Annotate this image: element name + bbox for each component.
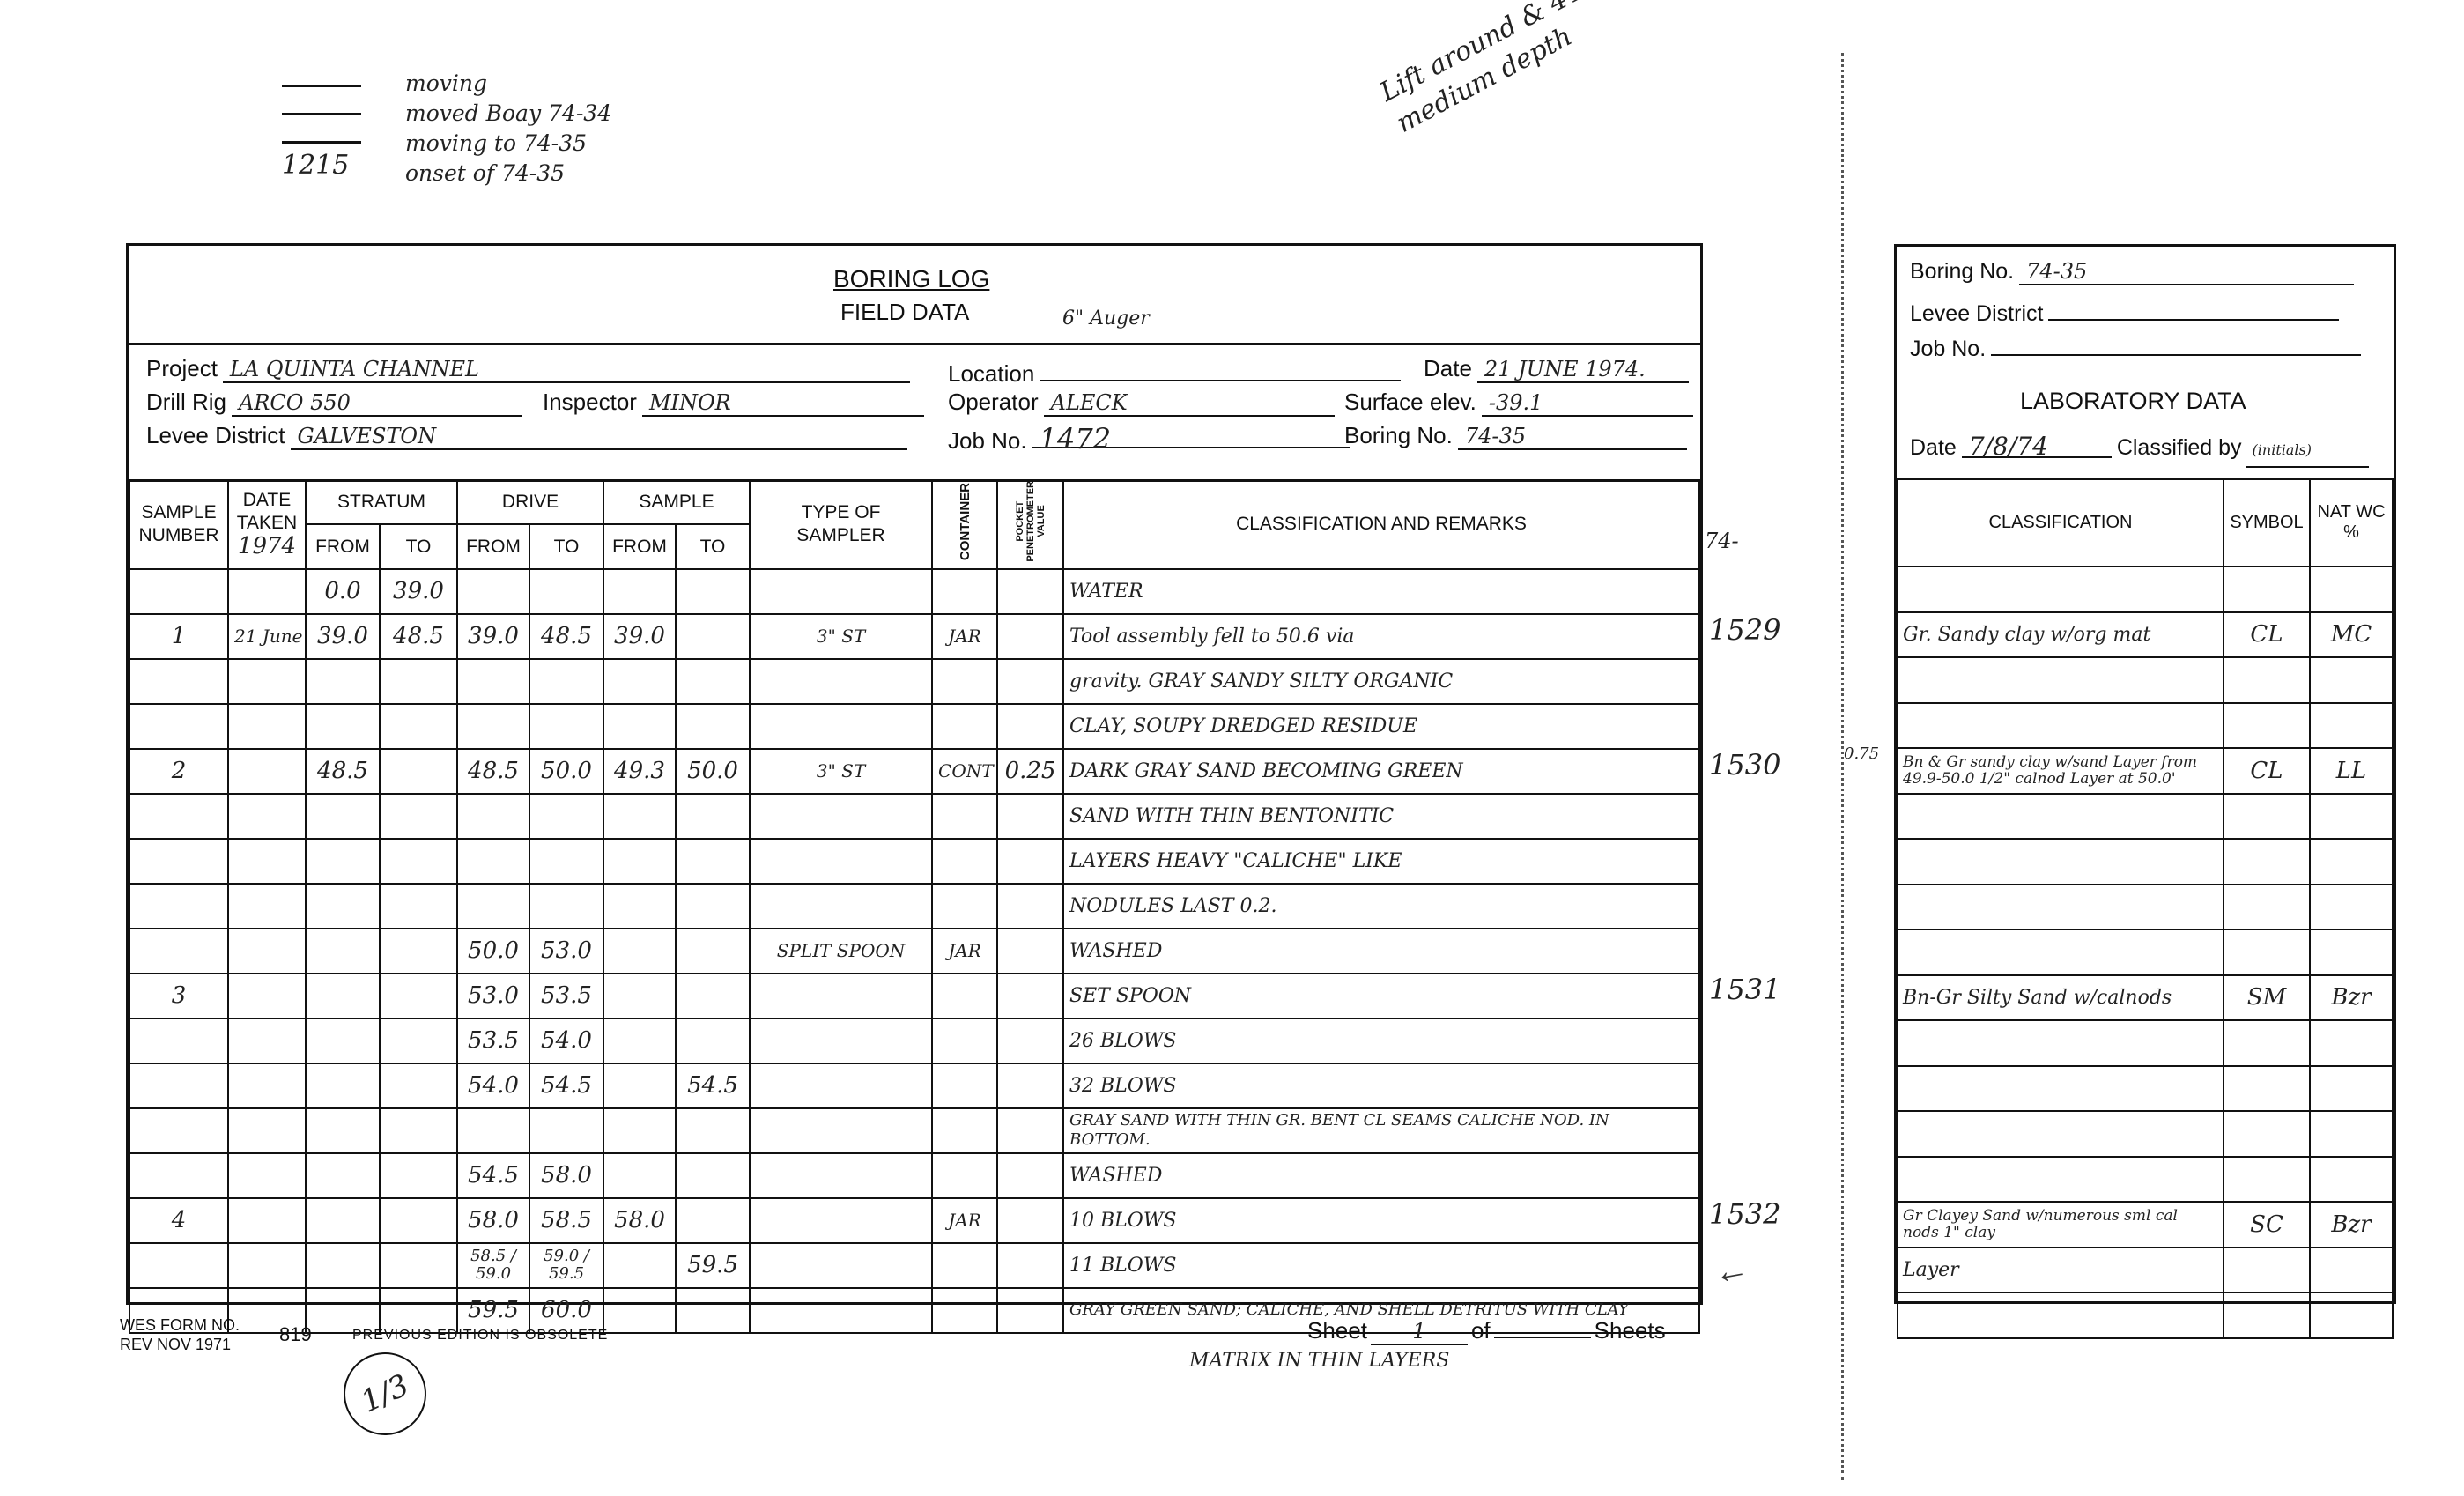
operator-label: Operator — [948, 389, 1039, 416]
continued-remark: MATRIX IN THIN LAYERS — [1189, 1350, 1449, 1372]
drive-to[interactable] — [529, 884, 603, 929]
sampler-type[interactable] — [750, 1108, 932, 1153]
inspector-field[interactable]: MINOR — [642, 390, 924, 417]
date-taken[interactable] — [228, 1153, 306, 1198]
table-row: 58.5 / 59.059.0 / 59.559.511 BLOWS — [129, 1243, 1699, 1288]
drive-to[interactable] — [529, 1108, 603, 1153]
drive-from[interactable] — [457, 1108, 529, 1153]
drive-to[interactable] — [529, 569, 603, 614]
lab-nat-wc[interactable] — [2310, 929, 2393, 975]
sample-to[interactable] — [676, 704, 750, 749]
drive-to[interactable] — [529, 794, 603, 839]
date-field[interactable]: 21 JUNE 1974. — [1477, 357, 1689, 383]
lab-nat-wc[interactable] — [2310, 1020, 2393, 1066]
sampler-type[interactable]: 3" ST — [750, 614, 932, 659]
sample-from[interactable] — [603, 884, 676, 929]
lab-nat-wc[interactable] — [2310, 1292, 2393, 1338]
date-taken[interactable] — [228, 1198, 306, 1243]
sample-from[interactable] — [603, 1153, 676, 1198]
job-no-field[interactable]: 1472 — [1032, 422, 1350, 448]
container[interactable] — [932, 794, 997, 839]
sample-number[interactable] — [129, 1108, 228, 1153]
sample-from[interactable] — [603, 1243, 676, 1288]
classification-remarks[interactable]: 11 BLOWS — [1063, 1243, 1699, 1288]
drive-to[interactable]: 54.5 — [529, 1063, 603, 1108]
stratum-from[interactable] — [306, 659, 380, 704]
sample-to[interactable]: 50.0 — [676, 749, 750, 794]
pocket-penetrometer[interactable] — [997, 1198, 1063, 1243]
sample-number[interactable] — [129, 839, 228, 884]
sampler-type[interactable]: SPLIT SPOON — [750, 929, 932, 974]
stratum-to[interactable] — [380, 929, 457, 974]
stratum-from[interactable] — [306, 1243, 380, 1288]
lab-symbol[interactable] — [2224, 1292, 2310, 1338]
sampler-type[interactable] — [750, 1243, 932, 1288]
drive-from[interactable]: 59.5 — [457, 1288, 529, 1333]
container[interactable] — [932, 704, 997, 749]
sample-to[interactable] — [676, 974, 750, 1018]
stratum-to[interactable] — [380, 1108, 457, 1153]
stratum-from[interactable] — [306, 929, 380, 974]
lab-symbol[interactable] — [2224, 1066, 2310, 1112]
lab-symbol[interactable]: CL — [2224, 612, 2310, 658]
lab-classification[interactable] — [1898, 839, 2224, 885]
sample-number[interactable] — [129, 659, 228, 704]
pocket-penetrometer[interactable] — [997, 1108, 1063, 1153]
sample-number[interactable] — [129, 1243, 228, 1288]
container[interactable] — [932, 659, 997, 704]
pocket-penetrometer[interactable] — [997, 974, 1063, 1018]
container[interactable]: JAR — [932, 614, 997, 659]
classification-remarks[interactable]: DARK GRAY SAND BECOMING GREEN — [1063, 749, 1699, 794]
date-taken[interactable] — [228, 929, 306, 974]
lab-symbol[interactable]: CL — [2224, 748, 2310, 794]
lab-symbol[interactable] — [2224, 1111, 2310, 1157]
stratum-to[interactable] — [380, 659, 457, 704]
stratum-from[interactable] — [306, 1288, 380, 1333]
margin-mark: 74- — [1705, 529, 1739, 553]
sample-number[interactable]: 1 — [129, 614, 228, 659]
container[interactable] — [932, 1288, 997, 1333]
lab-classification[interactable] — [1898, 929, 2224, 975]
sample-to[interactable] — [676, 659, 750, 704]
stratum-to[interactable] — [380, 1243, 457, 1288]
date-taken[interactable] — [228, 569, 306, 614]
lab-symbol[interactable] — [2224, 929, 2310, 975]
lab-nat-wc[interactable] — [2310, 657, 2393, 703]
stratum-from[interactable] — [306, 884, 380, 929]
lab-classification[interactable] — [1898, 1020, 2224, 1066]
stratum-to[interactable] — [380, 1288, 457, 1333]
lab-classification[interactable]: Bn-Gr Silty Sand w/calnods — [1898, 975, 2224, 1021]
stratum-to[interactable]: 48.5 — [380, 614, 457, 659]
pocket-penetrometer[interactable] — [997, 1153, 1063, 1198]
lab-classification[interactable]: Gr. Sandy clay w/org mat — [1898, 612, 2224, 658]
sampler-type[interactable] — [750, 1288, 932, 1333]
drive-to[interactable]: 58.5 — [529, 1198, 603, 1243]
lab-classification[interactable]: Gr Clayey Sand w/numerous sml cal nods 1… — [1898, 1202, 2224, 1248]
container[interactable]: CONT — [932, 749, 997, 794]
lab-classification[interactable] — [1898, 657, 2224, 703]
lab-date-field[interactable]: 7/8/74 — [1962, 432, 2112, 458]
sample-to[interactable] — [676, 839, 750, 884]
sampler-type[interactable] — [750, 569, 932, 614]
lab-nat-wc[interactable] — [2310, 703, 2393, 749]
of-field[interactable] — [1494, 1337, 1591, 1338]
stratum-to[interactable] — [380, 974, 457, 1018]
sample-number[interactable] — [129, 929, 228, 974]
sample-from[interactable]: 39.0 — [603, 614, 676, 659]
lab-nat-wc[interactable]: Bzr — [2310, 1202, 2393, 1248]
drive-to[interactable]: 50.0 — [529, 749, 603, 794]
classification-remarks[interactable]: WASHED — [1063, 1153, 1699, 1198]
sample-to[interactable] — [676, 1018, 750, 1063]
sampler-type[interactable] — [750, 1063, 932, 1108]
sampler-type[interactable] — [750, 704, 932, 749]
lab-nat-wc[interactable] — [2310, 1066, 2393, 1112]
date-taken[interactable] — [228, 749, 306, 794]
date-taken[interactable] — [228, 659, 306, 704]
container[interactable] — [932, 1243, 997, 1288]
pocket-penetrometer[interactable] — [997, 1243, 1063, 1288]
date-taken[interactable]: 21 June — [228, 614, 306, 659]
stratum-from[interactable] — [306, 704, 380, 749]
date-taken[interactable] — [228, 1108, 306, 1153]
drive-from[interactable]: 50.0 — [457, 929, 529, 974]
sampler-type[interactable] — [750, 1153, 932, 1198]
sample-number[interactable] — [129, 794, 228, 839]
classification-remarks[interactable]: 26 BLOWS — [1063, 1018, 1699, 1063]
classification-remarks[interactable]: GRAY SAND WITH THIN GR. BENT CL SEAMS CA… — [1063, 1108, 1699, 1153]
table-row: 458.058.558.0JAR10 BLOWS — [129, 1198, 1699, 1243]
stratum-to[interactable]: 39.0 — [380, 569, 457, 614]
lab-job-no-field[interactable] — [1991, 330, 2361, 356]
boring-no-field[interactable]: 74-35 — [1458, 424, 1687, 450]
sample-from[interactable] — [603, 974, 676, 1018]
sample-number[interactable]: 3 — [129, 974, 228, 1018]
location-field[interactable] — [1040, 355, 1401, 381]
col-date-taken: DATE TAKEN 1974 — [228, 480, 306, 569]
pocket-penetrometer[interactable] — [997, 1018, 1063, 1063]
stratum-from[interactable] — [306, 1108, 380, 1153]
drive-to[interactable]: 53.0 — [529, 929, 603, 974]
sample-to[interactable] — [676, 884, 750, 929]
stratum-from[interactable] — [306, 1198, 380, 1243]
sample-from[interactable]: 58.0 — [603, 1198, 676, 1243]
sample-to[interactable]: 54.5 — [676, 1063, 750, 1108]
date-taken[interactable] — [228, 974, 306, 1018]
stratum-to[interactable] — [380, 1018, 457, 1063]
lab-classification[interactable] — [1898, 703, 2224, 749]
pocket-penetrometer[interactable] — [997, 659, 1063, 704]
pocket-penetrometer[interactable] — [997, 794, 1063, 839]
sampler-type[interactable] — [750, 884, 932, 929]
container[interactable] — [932, 884, 997, 929]
levee-district-label: Levee District — [146, 422, 285, 449]
lab-levee-district-field[interactable] — [2048, 294, 2339, 321]
margin-lab-number: 1532 — [1709, 1197, 1780, 1231]
date-taken[interactable] — [228, 1018, 306, 1063]
drive-from[interactable] — [457, 659, 529, 704]
sample-number[interactable] — [129, 1018, 228, 1063]
lab-nat-wc[interactable] — [2310, 794, 2393, 840]
container[interactable]: JAR — [932, 1198, 997, 1243]
stratum-to[interactable] — [380, 1153, 457, 1198]
lab-table-row — [1898, 1066, 2393, 1112]
pocket-penetrometer[interactable] — [997, 1063, 1063, 1108]
sample-from[interactable] — [603, 1288, 676, 1333]
stratum-to[interactable] — [380, 1063, 457, 1108]
operator-field[interactable]: ALECK — [1044, 390, 1335, 417]
pocket-penetrometer[interactable] — [997, 839, 1063, 884]
container[interactable] — [932, 1153, 997, 1198]
job-no-label: Job No. — [948, 427, 1027, 455]
pocket-penetrometer[interactable] — [997, 929, 1063, 974]
lab-symbol[interactable] — [2224, 794, 2310, 840]
pocket-penetrometer[interactable] — [997, 884, 1063, 929]
form-rev: REV NOV 1971 — [120, 1335, 240, 1354]
lab-boring-no-field[interactable]: 74-35 — [2019, 259, 2354, 285]
sampler-type[interactable] — [750, 794, 932, 839]
stratum-from[interactable] — [306, 1018, 380, 1063]
drive-from[interactable] — [457, 704, 529, 749]
date-taken[interactable] — [228, 839, 306, 884]
sampler-type[interactable] — [750, 974, 932, 1018]
container[interactable] — [932, 1018, 997, 1063]
pocket-penetrometer[interactable]: 0.25 — [997, 749, 1063, 794]
col-pocket-penetrometer: POCKET PENETROMETER VALUE — [997, 480, 1063, 569]
date-taken[interactable] — [228, 1063, 306, 1108]
classified-by-signature[interactable]: (initials) — [2246, 441, 2369, 468]
sample-to[interactable] — [676, 1108, 750, 1153]
sample-from[interactable] — [603, 704, 676, 749]
stratum-from[interactable]: 0.0 — [306, 569, 380, 614]
sample-number[interactable] — [129, 1153, 228, 1198]
lab-table-row — [1898, 929, 2393, 975]
pocket-penetrometer[interactable] — [997, 569, 1063, 614]
sample-from[interactable] — [603, 1108, 676, 1153]
sample-number[interactable] — [129, 1063, 228, 1108]
drive-from[interactable]: 54.5 — [457, 1153, 529, 1198]
sample-from[interactable] — [603, 659, 676, 704]
lab-nat-wc[interactable] — [2310, 567, 2393, 612]
pocket-penetrometer[interactable] — [997, 704, 1063, 749]
surface-elev-field[interactable]: -39.1 — [1482, 390, 1693, 417]
drive-to[interactable]: 59.0 / 59.5 — [529, 1243, 603, 1288]
date-taken[interactable] — [228, 1243, 306, 1288]
drive-from[interactable]: 48.5 — [457, 749, 529, 794]
container[interactable] — [932, 974, 997, 1018]
drive-to[interactable]: 54.0 — [529, 1018, 603, 1063]
lab-nat-wc[interactable]: LL — [2310, 748, 2393, 794]
drive-to[interactable] — [529, 659, 603, 704]
lab-symbol[interactable]: SC — [2224, 1202, 2310, 1248]
lab-nat-wc[interactable] — [2310, 885, 2393, 930]
lab-nat-wc[interactable] — [2310, 839, 2393, 885]
sample-to[interactable] — [676, 929, 750, 974]
lab-classification[interactable] — [1898, 1066, 2224, 1112]
drive-to[interactable]: 60.0 — [529, 1288, 603, 1333]
sample-number[interactable] — [129, 569, 228, 614]
table-row: LAYERS HEAVY "CALICHE" LIKE — [129, 839, 1699, 884]
classification-remarks[interactable]: SET SPOON — [1063, 974, 1699, 1018]
sample-from[interactable]: 49.3 — [603, 749, 676, 794]
drive-to[interactable]: 48.5 — [529, 614, 603, 659]
classification-remarks[interactable]: WATER — [1063, 569, 1699, 614]
stratum-to[interactable] — [380, 839, 457, 884]
sample-to[interactable]: 59.5 — [676, 1243, 750, 1288]
drive-from[interactable] — [457, 839, 529, 884]
stratum-to[interactable] — [380, 749, 457, 794]
sample-from[interactable] — [603, 1063, 676, 1108]
lab-classification[interactable] — [1898, 1157, 2224, 1203]
sampler-type[interactable] — [750, 1198, 932, 1243]
container[interactable] — [932, 1063, 997, 1108]
lab-symbol[interactable] — [2224, 567, 2310, 612]
sample-to[interactable] — [676, 614, 750, 659]
lab-symbol[interactable]: SM — [2224, 975, 2310, 1021]
sample-to[interactable] — [676, 1153, 750, 1198]
lab-classification[interactable]: Bn & Gr sandy clay w/sand Layer from 49.… — [1898, 748, 2224, 794]
stratum-from[interactable]: 39.0 — [306, 614, 380, 659]
container[interactable] — [932, 569, 997, 614]
stratum-from[interactable] — [306, 839, 380, 884]
table-row: CLAY, SOUPY DREDGED RESIDUE — [129, 704, 1699, 749]
classification-remarks[interactable]: 32 BLOWS — [1063, 1063, 1699, 1108]
sample-from[interactable] — [603, 839, 676, 884]
pocket-penetrometer[interactable] — [997, 614, 1063, 659]
stratum-from[interactable] — [306, 1063, 380, 1108]
lab-nat-wc[interactable] — [2310, 1157, 2393, 1203]
classification-remarks[interactable]: WASHED — [1063, 929, 1699, 974]
drive-to[interactable]: 58.0 — [529, 1153, 603, 1198]
auger-note: 6" Auger — [1062, 307, 1150, 330]
classification-remarks[interactable]: 10 BLOWS — [1063, 1198, 1699, 1243]
sample-from[interactable] — [603, 794, 676, 839]
sample-number[interactable]: 2 — [129, 749, 228, 794]
sample-number[interactable] — [129, 884, 228, 929]
stratum-from[interactable] — [306, 974, 380, 1018]
lab-classification[interactable] — [1898, 1111, 2224, 1157]
sample-from[interactable] — [603, 1018, 676, 1063]
sample-number[interactable]: 4 — [129, 1198, 228, 1243]
container[interactable] — [932, 1108, 997, 1153]
stratum-to[interactable] — [380, 704, 457, 749]
stratum-from[interactable]: 48.5 — [306, 749, 380, 794]
lab-nat-wc[interactable] — [2310, 1111, 2393, 1157]
date-taken[interactable] — [228, 794, 306, 839]
stratum-to[interactable] — [380, 1198, 457, 1243]
table-row: GRAY SAND WITH THIN GR. BENT CL SEAMS CA… — [129, 1108, 1699, 1153]
lab-classification[interactable] — [1898, 1292, 2224, 1338]
classification-remarks[interactable]: gravity. GRAY SANDY SILTY ORGANIC — [1063, 659, 1699, 704]
sheet-field[interactable]: 1 — [1371, 1319, 1468, 1345]
drive-from[interactable]: 39.0 — [457, 614, 529, 659]
lab-table-row: Gr Clayey Sand w/numerous sml cal nods 1… — [1898, 1202, 2393, 1248]
classification-remarks[interactable]: SAND WITH THIN BENTONITIC — [1063, 794, 1699, 839]
classification-remarks[interactable]: NODULES LAST 0.2. — [1063, 884, 1699, 929]
pocket-penetrometer[interactable] — [997, 1288, 1063, 1333]
lab-symbol[interactable] — [2224, 1248, 2310, 1293]
container[interactable]: JAR — [932, 929, 997, 974]
lab-symbol[interactable] — [2224, 703, 2310, 749]
lab-symbol[interactable] — [2224, 1020, 2310, 1066]
lab-header: Boring No. 74-35 Levee District Job No. … — [1897, 247, 2394, 480]
drive-from[interactable] — [457, 794, 529, 839]
sample-number[interactable] — [129, 704, 228, 749]
sampler-type[interactable] — [750, 1018, 932, 1063]
drive-from[interactable]: 53.5 — [457, 1018, 529, 1063]
lab-table-row — [1898, 1020, 2393, 1066]
stratum-from[interactable] — [306, 1153, 380, 1198]
classification-remarks[interactable]: CLAY, SOUPY DREDGED RESIDUE — [1063, 704, 1699, 749]
date-taken[interactable] — [228, 704, 306, 749]
lab-nat-wc[interactable]: MC — [2310, 612, 2393, 658]
levee-district-field[interactable]: GALVESTON — [291, 424, 907, 450]
lab-classification[interactable]: Layer — [1898, 1248, 2224, 1293]
drive-to[interactable] — [529, 704, 603, 749]
project-info: Project LA QUINTA CHANNEL Location Date … — [129, 343, 1700, 482]
drive-to[interactable] — [529, 839, 603, 884]
surface-elev-label: Surface elev. — [1344, 389, 1476, 416]
sample-from[interactable] — [603, 929, 676, 974]
stratum-from[interactable] — [306, 794, 380, 839]
lab-symbol[interactable] — [2224, 839, 2310, 885]
lab-table-row — [1898, 657, 2393, 703]
col-container-label: CONTAINER — [958, 483, 972, 560]
container[interactable] — [932, 839, 997, 884]
sample-to[interactable] — [676, 569, 750, 614]
sample-to[interactable] — [676, 1288, 750, 1333]
lab-symbol[interactable] — [2224, 657, 2310, 703]
lab-classification[interactable] — [1898, 885, 2224, 930]
drive-from[interactable]: 53.0 — [457, 974, 529, 1018]
inspector-label: Inspector — [543, 389, 637, 416]
lab-classification[interactable] — [1898, 567, 2224, 612]
lab-col-classification: CLASSIFICATION — [1898, 478, 2224, 567]
sampler-type[interactable]: 3" ST — [750, 749, 932, 794]
sample-to[interactable] — [676, 794, 750, 839]
date-taken[interactable] — [228, 884, 306, 929]
classification-remarks[interactable]: LAYERS HEAVY "CALICHE" LIKE — [1063, 839, 1699, 884]
drive-from[interactable] — [457, 884, 529, 929]
lab-nat-wc[interactable]: Bzr — [2310, 975, 2393, 1021]
drive-from[interactable]: 58.5 / 59.0 — [457, 1243, 529, 1288]
stratum-to[interactable] — [380, 884, 457, 929]
note-line: moved Boay 74-34 — [405, 99, 611, 129]
lab-table-row — [1898, 839, 2393, 885]
classification-remarks[interactable]: Tool assembly fell to 50.6 via — [1063, 614, 1699, 659]
sample-from[interactable] — [603, 569, 676, 614]
col-stratum: STRATUM — [306, 480, 457, 524]
drill-rig-field[interactable]: ARCO 550 — [232, 390, 522, 417]
table-row: gravity. GRAY SANDY SILTY ORGANIC — [129, 659, 1699, 704]
drive-from[interactable] — [457, 569, 529, 614]
sampler-type[interactable] — [750, 839, 932, 884]
project-field[interactable]: LA QUINTA CHANNEL — [223, 357, 910, 383]
note-dash — [282, 85, 361, 87]
lab-classification[interactable] — [1898, 794, 2224, 840]
lab-nat-wc[interactable] — [2310, 1248, 2393, 1293]
lab-symbol[interactable] — [2224, 1157, 2310, 1203]
drive-from[interactable]: 58.0 — [457, 1198, 529, 1243]
drive-to[interactable]: 53.5 — [529, 974, 603, 1018]
stratum-to[interactable] — [380, 794, 457, 839]
drive-from[interactable]: 54.0 — [457, 1063, 529, 1108]
lab-symbol[interactable] — [2224, 885, 2310, 930]
sample-to[interactable] — [676, 1198, 750, 1243]
sampler-type[interactable] — [750, 659, 932, 704]
